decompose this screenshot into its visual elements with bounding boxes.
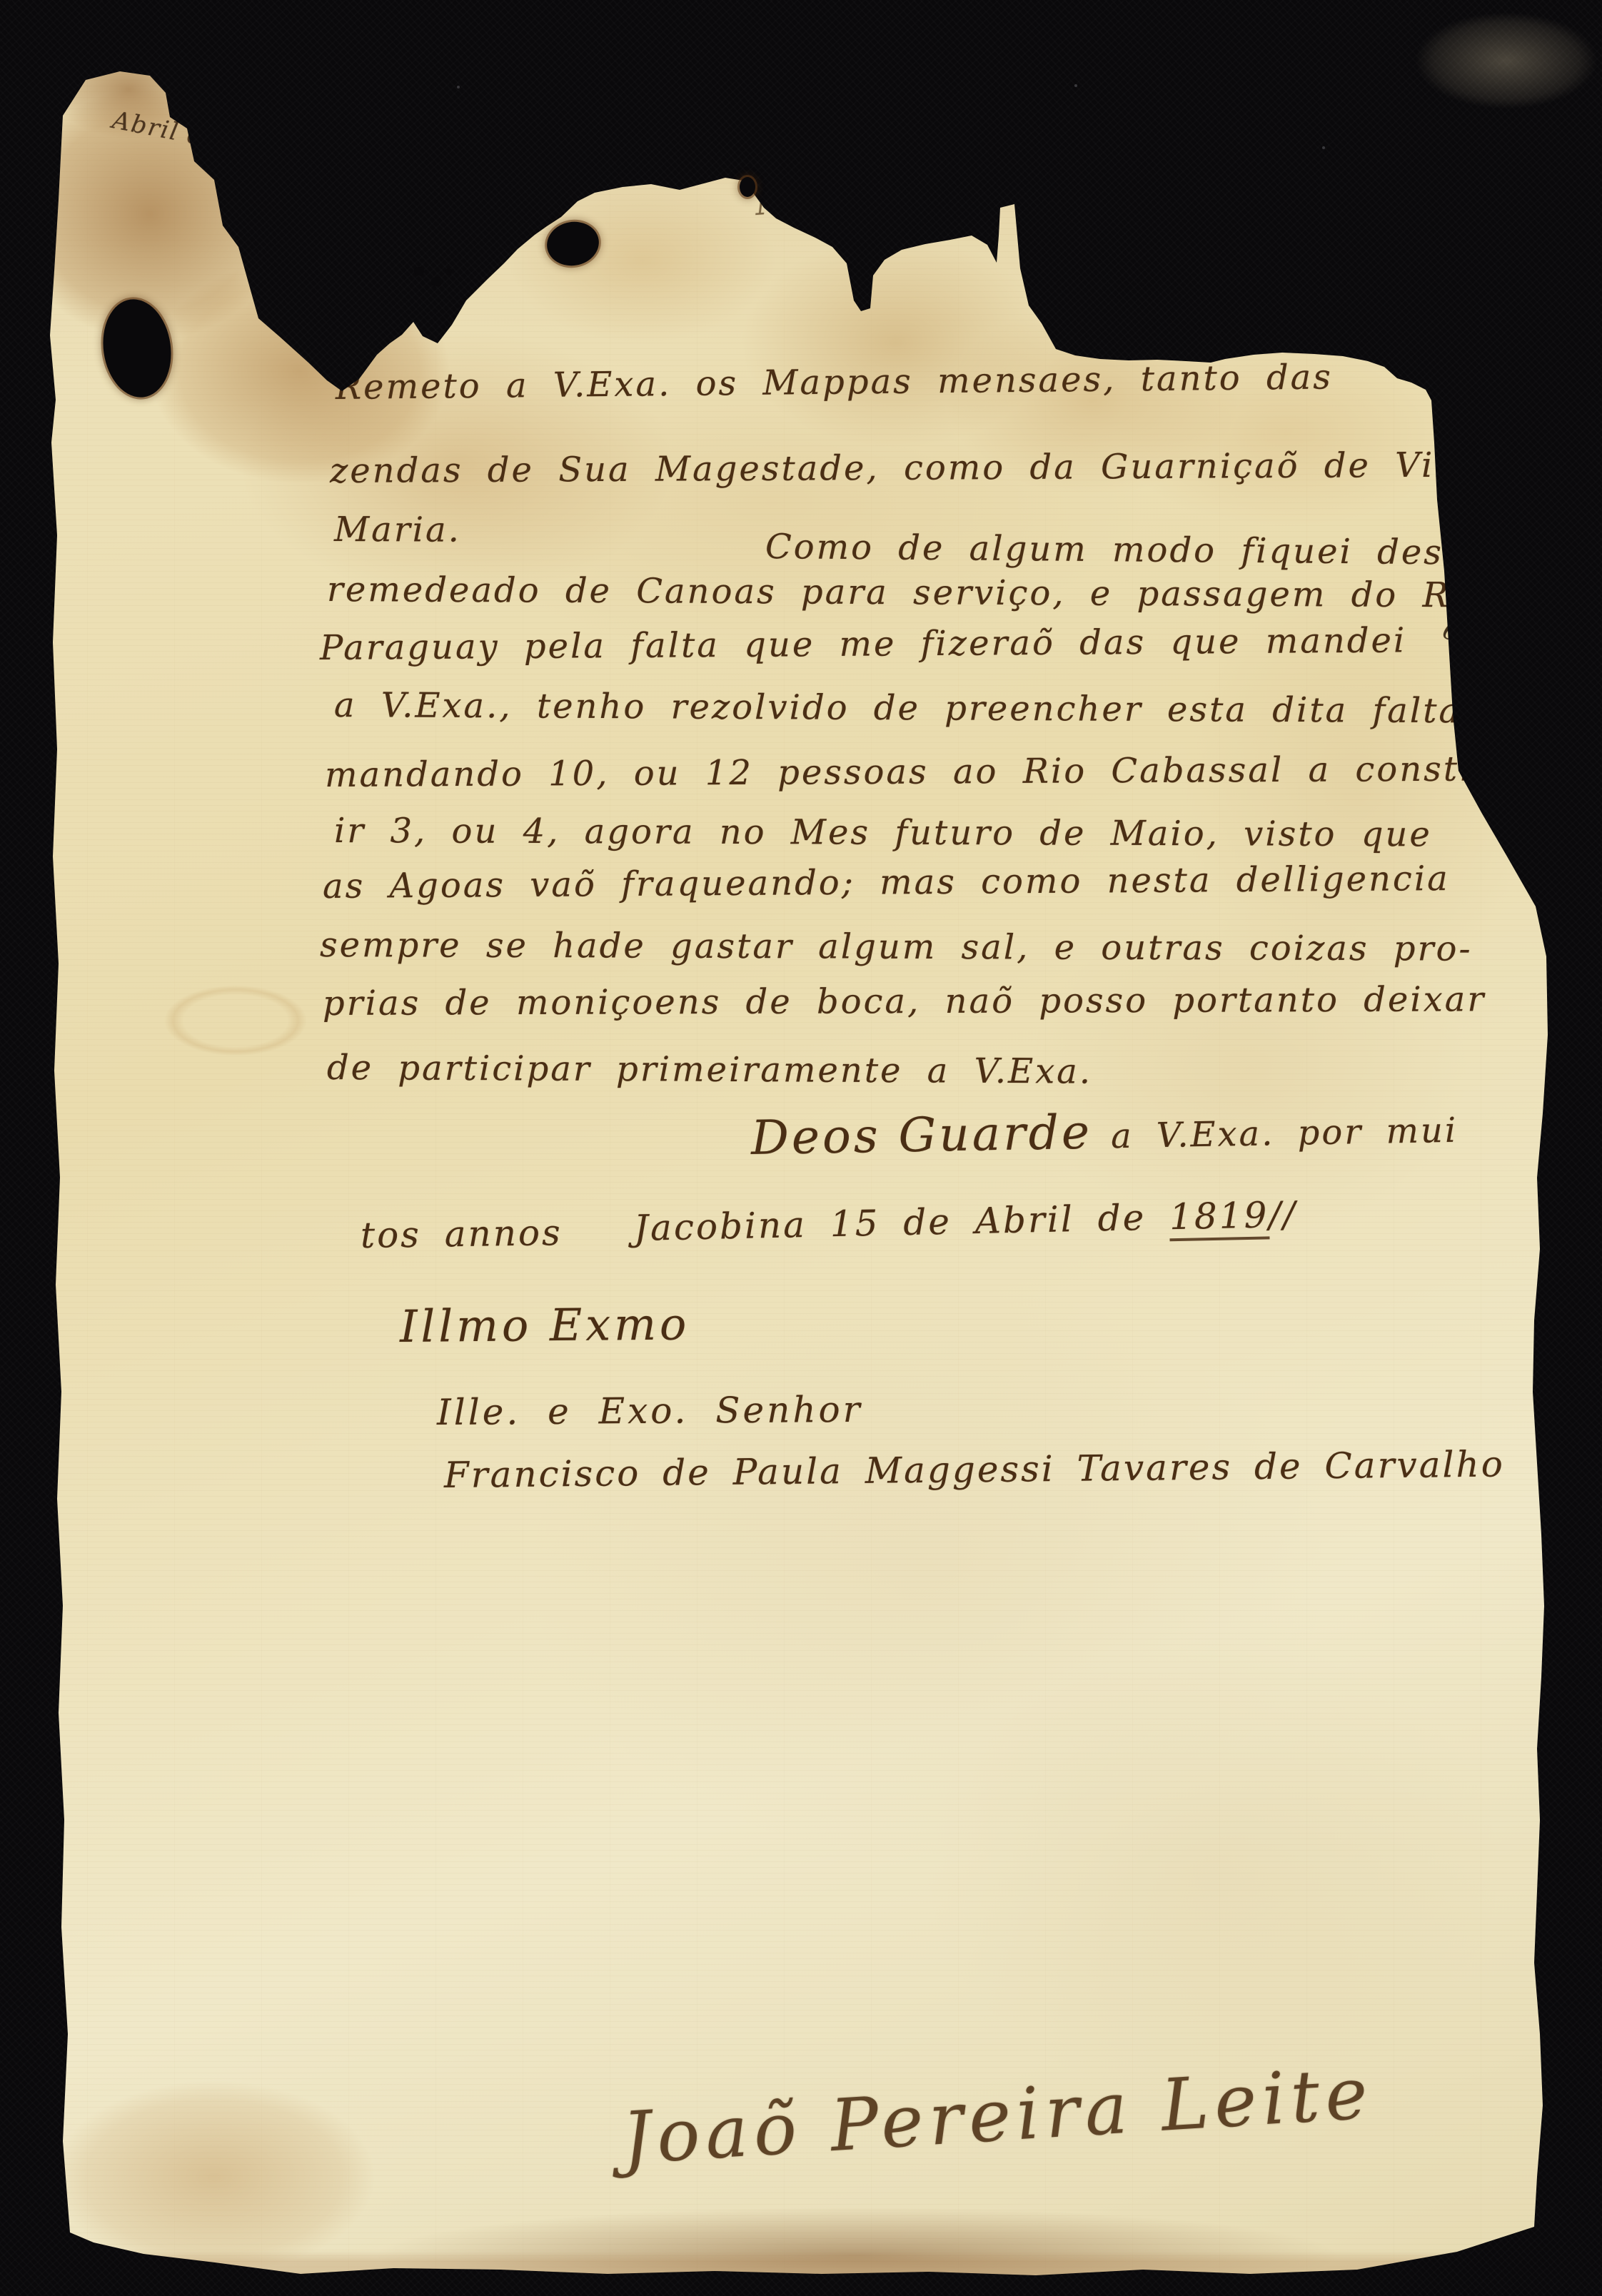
letter-line: de participar primeiramente a V.Exa. <box>327 1048 1092 1092</box>
letter-line: as Agoas vaõ fraqueando; mas como nesta … <box>323 859 1450 906</box>
year-underlined: 1819 <box>1169 1194 1269 1241</box>
paper-pinhole <box>445 268 452 275</box>
paper-hole-small <box>740 177 755 197</box>
address-honorific-1: Illmo Exmo <box>400 1298 690 1352</box>
manuscript-letter-page: Abril de 1819 ſ. st N. 8 64 Remeto a V.E… <box>0 0 1602 2296</box>
letter-line: ir 3, ou 4, agora no Mes futuro de Maio,… <box>334 811 1432 854</box>
ink-remnant-fragment: ſ. st <box>375 141 425 177</box>
document-number: N. 8 <box>754 178 853 223</box>
paper-pinhole <box>431 277 443 286</box>
dust-speck <box>457 86 460 88</box>
addressee-name: Francisco de Paula Maggessi Tavares de C… <box>444 1443 1505 1496</box>
valediction-continuation: tos annos <box>361 1212 563 1256</box>
place-date-line: Jacobina 15 de Abril de 1819// <box>633 1194 1297 1249</box>
letter-line: remedeado de Canoas para serviço, e pass… <box>327 570 1486 616</box>
valediction-line: Deos Guardea V.Exa. por mui <box>750 1098 1458 1165</box>
paper-pinhole <box>414 267 424 275</box>
letter-line: mandando 10, ou 12 pessoas ao Rio Cabass… <box>325 749 1502 795</box>
dust-speck <box>1074 84 1077 87</box>
photograph-black-fabric-background: Abril de 1819 ſ. st N. 8 64 Remeto a V.E… <box>0 0 1602 2296</box>
archival-date-annotation: Abril de 1819 <box>110 106 298 169</box>
letter-line: Remeto a V.Exa. os Mappas mensaes, tanto… <box>336 357 1333 408</box>
signature: Joaõ Pereira Leite <box>620 2051 1375 2180</box>
valediction-rest: a V.Exa. por mui <box>1111 1111 1459 1156</box>
letter-line: Como de algum modo fiquei des <box>765 527 1444 572</box>
letter-line: a V.Exa., tenho rezolvido de preencher e… <box>334 685 1475 731</box>
letter-line: Maria. <box>334 510 461 550</box>
letter-line: prias de moniçoens de boca, naõ posso po… <box>323 979 1486 1023</box>
date-flourish: // <box>1269 1194 1298 1236</box>
torn-edge-fragment: 64 <box>1439 616 1478 652</box>
dust-speck <box>1322 146 1325 149</box>
letter-line: Paraguay pela falta que me fizeraõ das q… <box>320 620 1407 668</box>
letter-line: zendas de Sua Magestade, como da Guarniç… <box>330 445 1448 491</box>
address-honorific-2: Ille. e Exo. Senhor <box>437 1389 863 1433</box>
letter-line: sempre se hade gastar algum sal, e outra… <box>320 925 1473 969</box>
valediction-invocation: Deos Guarde <box>750 1105 1092 1165</box>
place-date: Jacobina 15 de Abril de <box>633 1197 1146 1249</box>
